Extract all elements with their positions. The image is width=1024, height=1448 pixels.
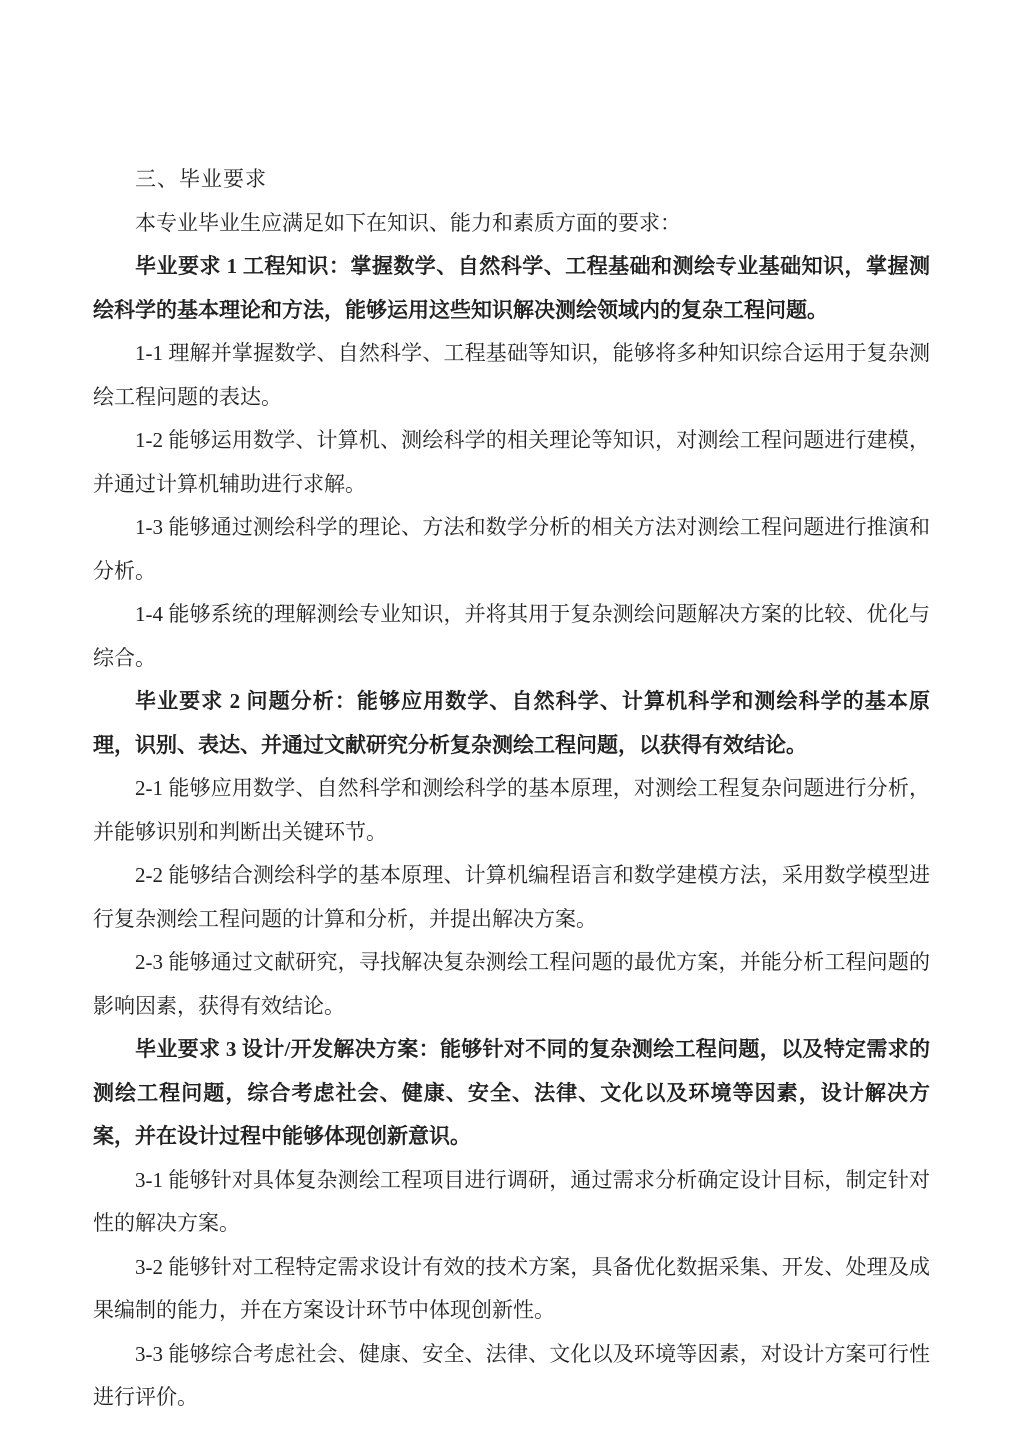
document-body: 三、毕业要求 本专业毕业生应满足如下在知识、能力和素质方面的要求： 毕业要求 1… (93, 158, 930, 1420)
section-heading: 三、毕业要求 (93, 158, 930, 202)
indicator-1-3: 1-3 能够通过测绘科学的理论、方法和数学分析的相关方法对测绘工程问题进行推演和… (93, 506, 930, 593)
indicator-3-1: 3-1 能够针对具体复杂测绘工程项目进行调研，通过需求分析确定设计目标，制定针对… (93, 1159, 930, 1246)
intro-paragraph: 本专业毕业生应满足如下在知识、能力和素质方面的要求： (93, 202, 930, 246)
indicator-1-2: 1-2 能够运用数学、计算机、测绘科学的相关理论等知识，对测绘工程问题进行建模，… (93, 419, 930, 506)
indicator-3-3: 3-3 能够综合考虑社会、健康、安全、法律、文化以及环境等因素，对设计方案可行性… (93, 1333, 930, 1420)
indicator-2-3: 2-3 能够通过文献研究，寻找解决复杂测绘工程问题的最优方案，并能分析工程问题的… (93, 941, 930, 1028)
requirement-1-heading: 毕业要求 1 工程知识：掌握数学、自然科学、工程基础和测绘专业基础知识，掌握测绘… (93, 245, 930, 332)
indicator-2-2: 2-2 能够结合测绘科学的基本原理、计算机编程语言和数学建模方法，采用数学模型进… (93, 854, 930, 941)
requirement-2-heading: 毕业要求 2 问题分析：能够应用数学、自然科学、计算机科学和测绘科学的基本原理，… (93, 680, 930, 767)
requirement-3-heading: 毕业要求 3 设计/开发解决方案：能够针对不同的复杂测绘工程问题，以及特定需求的… (93, 1028, 930, 1159)
indicator-1-1: 1-1 理解并掌握数学、自然科学、工程基础等知识，能够将多种知识综合运用于复杂测… (93, 332, 930, 419)
indicator-3-2: 3-2 能够针对工程特定需求设计有效的技术方案，具备优化数据采集、开发、处理及成… (93, 1246, 930, 1333)
document-page: 三、毕业要求 本专业毕业生应满足如下在知识、能力和素质方面的要求： 毕业要求 1… (0, 0, 1024, 1448)
indicator-1-4: 1-4 能够系统的理解测绘专业知识，并将其用于复杂测绘问题解决方案的比较、优化与… (93, 593, 930, 680)
indicator-2-1: 2-1 能够应用数学、自然科学和测绘科学的基本原理，对测绘工程复杂问题进行分析，… (93, 767, 930, 854)
